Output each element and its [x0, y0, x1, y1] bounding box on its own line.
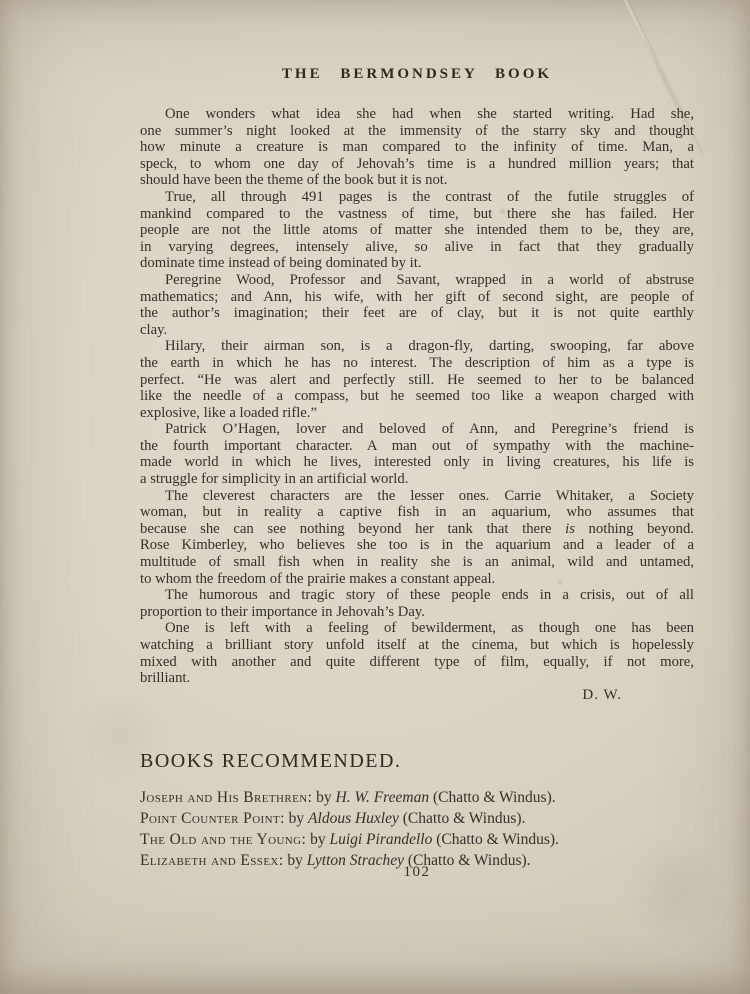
body-line: brilliant. [140, 670, 694, 687]
body-line: clay. [140, 322, 694, 339]
book-list: Joseph and His Brethren: by H. W. Freema… [140, 788, 694, 871]
body-line: One wonders what idea she had when she s… [140, 106, 694, 123]
body-line: how minute a creature is man compared to… [140, 139, 694, 156]
book-publisher: (Chatto & Windus). [432, 831, 559, 848]
page-number: 102 [140, 864, 694, 881]
book-author: Luigi Pirandello [329, 831, 432, 848]
body-line: a struggle for simplicity in an artifici… [140, 471, 694, 488]
body-line: One is left with a feeling of bewilderme… [140, 620, 694, 637]
body-line: like the needle of a compass, but he see… [140, 388, 694, 405]
body-line: woman, but in reality a captive fish in … [140, 504, 694, 521]
body-line: explosive, like a loaded rifle.” [140, 405, 694, 422]
body-line: speck, to whom one day of Jehovah’s time… [140, 156, 694, 173]
books-recommended-heading: BOOKS RECOMMENDED. [140, 749, 694, 773]
body-line: to whom the freedom of the prairie makes… [140, 571, 694, 588]
book-publisher: (Chatto & Windus). [399, 810, 526, 827]
reviewer-initials: D. W. [140, 687, 694, 704]
body-paragraph: Hilary, their airman son, is a dragon-fl… [140, 338, 694, 421]
book-title: The Old and the Young: [140, 831, 306, 848]
body-line: mankind compared to the vastness of time… [140, 206, 694, 223]
body-line: one summer’s night looked at the immensi… [140, 123, 694, 140]
book-publisher: (Chatto & Windus). [429, 789, 556, 806]
body-line: in varying degrees, intensely alive, so … [140, 239, 694, 256]
body-line: mixed with another and quite different t… [140, 654, 694, 671]
running-header: THE BERMONDSEY BOOK [140, 66, 694, 83]
body-text: One wonders what idea she had when she s… [140, 106, 694, 872]
text-segment: because she can see nothing beyond her t… [140, 521, 565, 537]
body-line: True, all through 491 pages is the contr… [140, 189, 694, 206]
body-line: Peregrine Wood, Professor and Savant, wr… [140, 272, 694, 289]
body-line: Patrick O’Hagen, lover and beloved of An… [140, 421, 694, 438]
body-paragraph: Patrick O’Hagen, lover and beloved of An… [140, 421, 694, 487]
body-paragraph: Peregrine Wood, Professor and Savant, wr… [140, 272, 694, 338]
body-line: the author’s imagination; their feet are… [140, 305, 694, 322]
body-line: multitude of small fish when in reality … [140, 554, 694, 571]
body-line: dominate time instead of being dominated… [140, 255, 694, 272]
body-paragraph: The humorous and tragic story of these p… [140, 587, 694, 620]
book-title: Joseph and His Brethren: [140, 789, 312, 806]
body-line: because she can see nothing beyond her t… [140, 521, 694, 538]
body-line: Hilary, their airman son, is a dragon-fl… [140, 338, 694, 355]
body-line: The humorous and tragic story of these p… [140, 587, 694, 604]
body-line: should have been the theme of the book b… [140, 172, 694, 189]
body-line: proportion to their importance in Jehova… [140, 604, 694, 621]
text-segment: nothing beyond. [575, 521, 694, 537]
book-item: Point Counter Point: by Aldous Huxley (C… [140, 809, 694, 830]
body-line: The cleverest characters are the lesser … [140, 488, 694, 505]
body-line: perfect. “He was alert and perfectly sti… [140, 372, 694, 389]
book-page: THE BERMONDSEY BOOK One wonders what ide… [0, 0, 750, 994]
body-paragraph: One wonders what idea she had when she s… [140, 106, 694, 189]
italic-emphasis: is [565, 521, 575, 537]
body-line: people are not the little atoms of matte… [140, 222, 694, 239]
body-paragraph: The cleverest characters are the lesser … [140, 488, 694, 588]
body-line: watching a brilliant story unfold itself… [140, 637, 694, 654]
review-paragraphs: One wonders what idea she had when she s… [140, 106, 694, 687]
body-line: the fourth important character. A man ou… [140, 438, 694, 455]
book-item: Joseph and His Brethren: by H. W. Freema… [140, 788, 694, 809]
body-line: mathematics; and Ann, his wife, with her… [140, 289, 694, 306]
book-author: H. W. Freeman [336, 789, 430, 806]
book-author: Aldous Huxley [308, 810, 399, 827]
book-item: The Old and the Young: by Luigi Pirandel… [140, 830, 694, 851]
body-line: Rose Kimberley, who believes she too is … [140, 537, 694, 554]
body-line: the earth in which he has no interest. T… [140, 355, 694, 372]
body-line: made world in which he lives, interested… [140, 454, 694, 471]
book-title: Point Counter Point: [140, 810, 285, 827]
body-paragraph: One is left with a feeling of bewilderme… [140, 620, 694, 686]
body-paragraph: True, all through 491 pages is the contr… [140, 189, 694, 272]
